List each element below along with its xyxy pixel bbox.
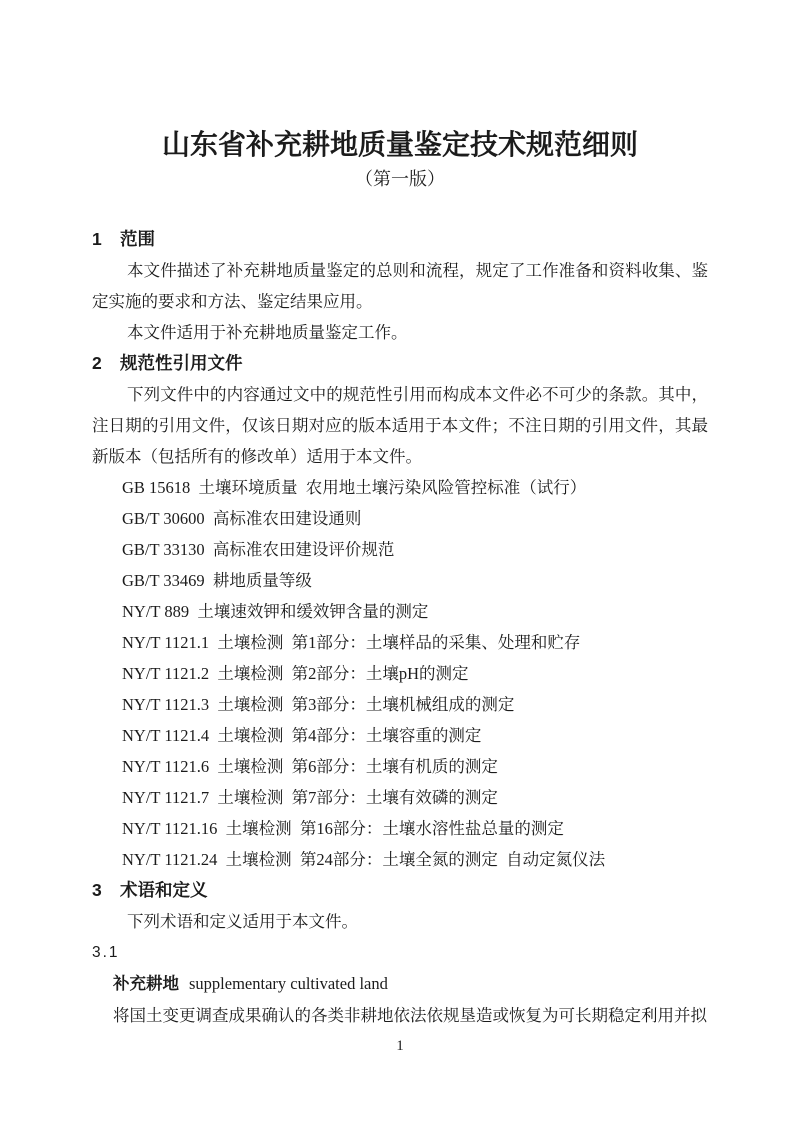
section-title: 规范性引用文件 — [120, 353, 243, 373]
document-title: 山东省补充耕地质量鉴定技术规范细则 — [92, 125, 708, 165]
section-heading-references: 2规范性引用文件 — [92, 348, 708, 379]
paragraph-references-intro: 下列文件中的内容通过文中的规范性引用而构成本文件必不可少的条款。其中，注日期的引… — [92, 379, 708, 472]
term-english: supplementary cultivated land — [189, 974, 388, 993]
document-body: 1范围 本文件描述了补充耕地质量鉴定的总则和流程，规定了工作准备和资料收集、鉴定… — [92, 224, 708, 1031]
paragraph-scope-2: 本文件适用于补充耕地质量鉴定工作。 — [92, 317, 708, 348]
reference-item: NY/T 1121.3 土壤检测 第3部分：土壤机械组成的测定 — [92, 689, 708, 720]
edition-subtitle: （第一版） — [92, 165, 708, 193]
paragraph-terms-intro: 下列术语和定义适用于本文件。 — [92, 906, 708, 937]
document-page: 山东省补充耕地质量鉴定技术规范细则 （第一版） 1范围 本文件描述了补充耕地质量… — [0, 0, 800, 1132]
page-content: 山东省补充耕地质量鉴定技术规范细则 （第一版） 1范围 本文件描述了补充耕地质量… — [0, 0, 800, 1031]
section-number: 1 — [92, 224, 120, 255]
section-number: 2 — [92, 348, 120, 379]
term-entry: 补充耕地supplementary cultivated land — [92, 968, 708, 1000]
reference-item: NY/T 1121.6 土壤检测 第6部分：土壤有机质的测定 — [92, 751, 708, 782]
reference-item: GB 15618 土壤环境质量 农用地土壤污染风险管控标准（试行） — [92, 472, 708, 503]
reference-item: NY/T 889 土壤速效钾和缓效钾含量的测定 — [92, 596, 708, 627]
section-scope: 1范围 本文件描述了补充耕地质量鉴定的总则和流程，规定了工作准备和资料收集、鉴定… — [92, 224, 708, 348]
page-number: 1 — [0, 1036, 800, 1056]
section-heading-scope: 1范围 — [92, 224, 708, 255]
reference-item: NY/T 1121.24 土壤检测 第24部分：土壤全氮的测定 自动定氮仪法 — [92, 844, 708, 875]
clause-number: 3.1 — [92, 937, 708, 968]
document-header: 山东省补充耕地质量鉴定技术规范细则 （第一版） — [92, 125, 708, 193]
reference-item: NY/T 1121.4 土壤检测 第4部分：土壤容重的测定 — [92, 720, 708, 751]
section-terms-definitions: 3术语和定义 下列术语和定义适用于本文件。 3.1 补充耕地supplement… — [92, 875, 708, 1031]
reference-item: GB/T 33130 高标准农田建设评价规范 — [92, 534, 708, 565]
reference-item: NY/T 1121.1 土壤检测 第1部分：土壤样品的采集、处理和贮存 — [92, 627, 708, 658]
page-footer: 1 — [0, 1036, 800, 1056]
reference-item: GB/T 30600 高标准农田建设通则 — [92, 503, 708, 534]
section-number: 3 — [92, 875, 120, 906]
section-title: 术语和定义 — [120, 880, 208, 900]
section-normative-references: 2规范性引用文件 下列文件中的内容通过文中的规范性引用而构成本文件必不可少的条款… — [92, 348, 708, 875]
reference-list: GB 15618 土壤环境质量 农用地土壤污染风险管控标准（试行） GB/T 3… — [92, 472, 708, 875]
section-title: 范围 — [120, 229, 155, 249]
reference-item: GB/T 33469 耕地质量等级 — [92, 565, 708, 596]
reference-item: NY/T 1121.7 土壤检测 第7部分：土壤有效磷的测定 — [92, 782, 708, 813]
reference-item: NY/T 1121.16 土壤检测 第16部分：土壤水溶性盐总量的测定 — [92, 813, 708, 844]
term-definition: 将国土变更调查成果确认的各类非耕地依法依规垦造或恢复为可长期稳定利用并拟 — [92, 1000, 708, 1031]
paragraph-scope-1: 本文件描述了补充耕地质量鉴定的总则和流程，规定了工作准备和资料收集、鉴定实施的要… — [92, 255, 708, 317]
reference-item: NY/T 1121.2 土壤检测 第2部分：土壤pH的测定 — [92, 658, 708, 689]
term-chinese: 补充耕地 — [113, 975, 179, 993]
section-heading-terms: 3术语和定义 — [92, 875, 708, 906]
